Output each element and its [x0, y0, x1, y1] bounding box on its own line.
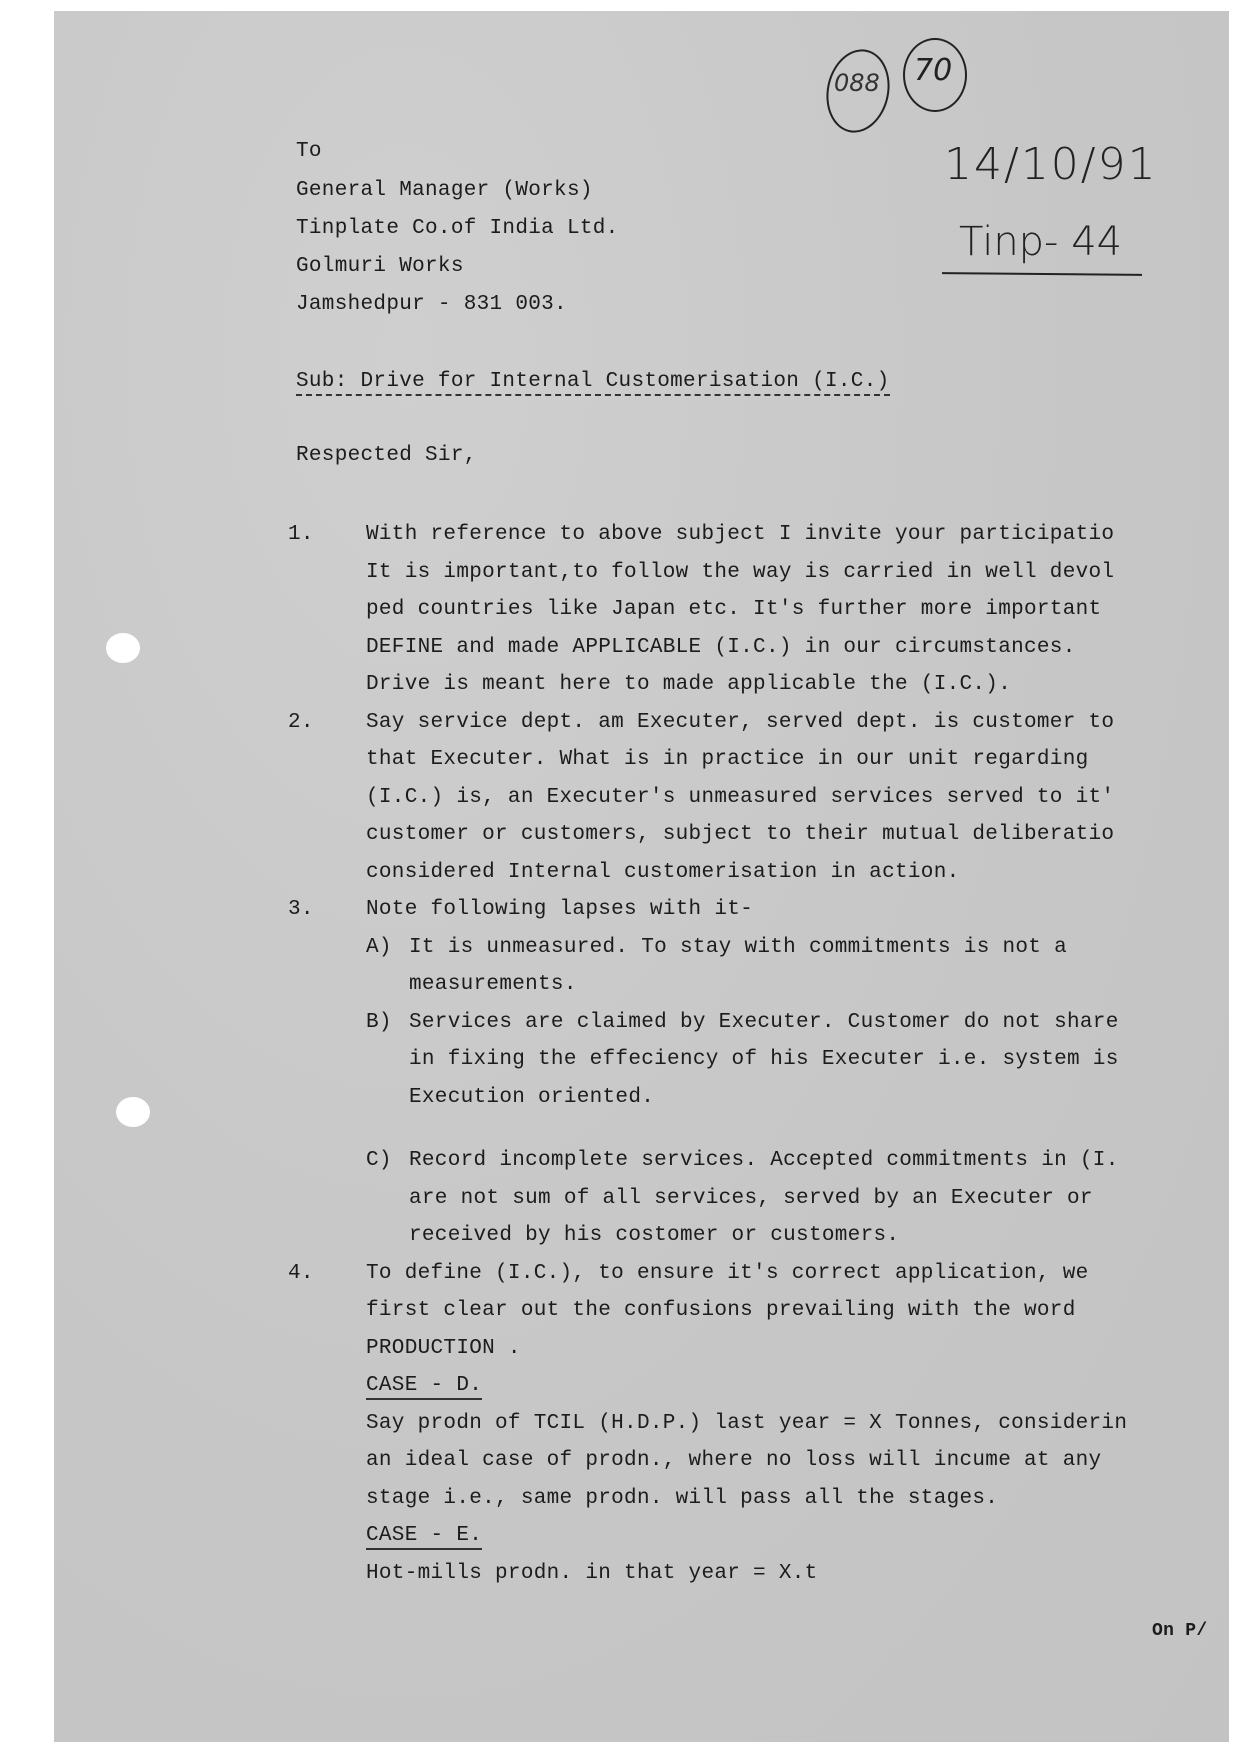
item-number: 4.	[288, 1262, 314, 1286]
reference-underline	[942, 272, 1142, 276]
circled-number-1: 088	[834, 69, 880, 97]
salutation: Respected Sir,	[296, 444, 477, 468]
subitem-text-line: Services are claimed by Executer. Custom…	[409, 1011, 1119, 1035]
punch-hole	[106, 633, 140, 663]
subitem-text-line: It is unmeasured. To stay with commitmen…	[409, 936, 1067, 960]
address-line-4: Jamshedpur - 831 003.	[296, 293, 567, 317]
case-heading: CASE - E.	[366, 1524, 482, 1548]
item-text-line: DEFINE and made APPLICABLE (I.C.) in our…	[366, 636, 1076, 660]
item-text-line: With reference to above subject I invite…	[366, 523, 1114, 547]
item-text-line: ped countries like Japan etc. It's furth…	[366, 598, 1101, 622]
case-text-line: an ideal case of prodn., where no loss w…	[366, 1449, 1101, 1473]
subitem-text-line: Execution oriented.	[409, 1086, 654, 1110]
case-text-line: Say prodn of TCIL (H.D.P.) last year = X…	[366, 1412, 1127, 1436]
subitem-marker: A)	[366, 936, 392, 960]
subitem-marker: B)	[366, 1011, 392, 1035]
subitem-marker: C)	[366, 1149, 392, 1173]
item-text-line: first clear out the confusions prevailin…	[366, 1299, 1076, 1323]
address-line-3: Golmuri Works	[296, 255, 464, 279]
case-text-line: stage i.e., same prodn. will pass all th…	[366, 1487, 998, 1511]
item-text-line: customer or customers, subject to their …	[366, 823, 1114, 847]
address-line-2: Tinplate Co.of India Ltd.	[296, 217, 619, 241]
continued-footer: On P/	[1152, 1619, 1208, 1643]
address-to: To	[296, 140, 322, 164]
handwritten-reference: Tinp- 44	[959, 219, 1122, 265]
item-number: 2.	[288, 711, 314, 735]
handwritten-date: 14/10/91	[944, 139, 1158, 190]
subject-line: Sub: Drive for Internal Customerisation …	[296, 370, 890, 394]
item-text-line: It is important,to follow the way is car…	[366, 561, 1114, 585]
item-number: 3.	[288, 898, 314, 922]
subitem-text-line: are not sum of all services, served by a…	[409, 1187, 1093, 1211]
subitem-text-line: in fixing the effeciency of his Executer…	[409, 1048, 1119, 1072]
subitem-text-line: Record incomplete services. Accepted com…	[409, 1149, 1119, 1173]
item-text-line: that Executer. What is in practice in ou…	[366, 748, 1089, 772]
punch-hole	[116, 1097, 150, 1127]
item-text-line: Say service dept. am Executer, served de…	[366, 711, 1114, 735]
item-text-line: considered Internal customerisation in a…	[366, 861, 960, 885]
address-line-1: General Manager (Works)	[296, 179, 593, 203]
case-heading: CASE - D.	[366, 1374, 482, 1398]
item-text-line: To define (I.C.), to ensure it's correct…	[366, 1262, 1089, 1286]
case-text-line: Hot-mills prodn. in that year = X.t	[366, 1562, 818, 1586]
item-text-line: (I.C.) is, an Executer's unmeasured serv…	[366, 786, 1114, 810]
circled-number-2: 70	[914, 53, 952, 88]
item-text-line: PRODUCTION .	[366, 1337, 521, 1361]
item-text-line: Drive is meant here to made applicable t…	[366, 673, 1011, 697]
item-number: 1.	[288, 523, 314, 547]
item-text-line: Note following lapses with it-	[366, 898, 753, 922]
scanned-page: 088 70 14/10/91 Tinp- 44 To General Mana…	[54, 11, 1229, 1742]
subitem-text-line: received by his costomer or customers.	[409, 1224, 899, 1248]
subitem-text-line: measurements.	[409, 973, 577, 997]
